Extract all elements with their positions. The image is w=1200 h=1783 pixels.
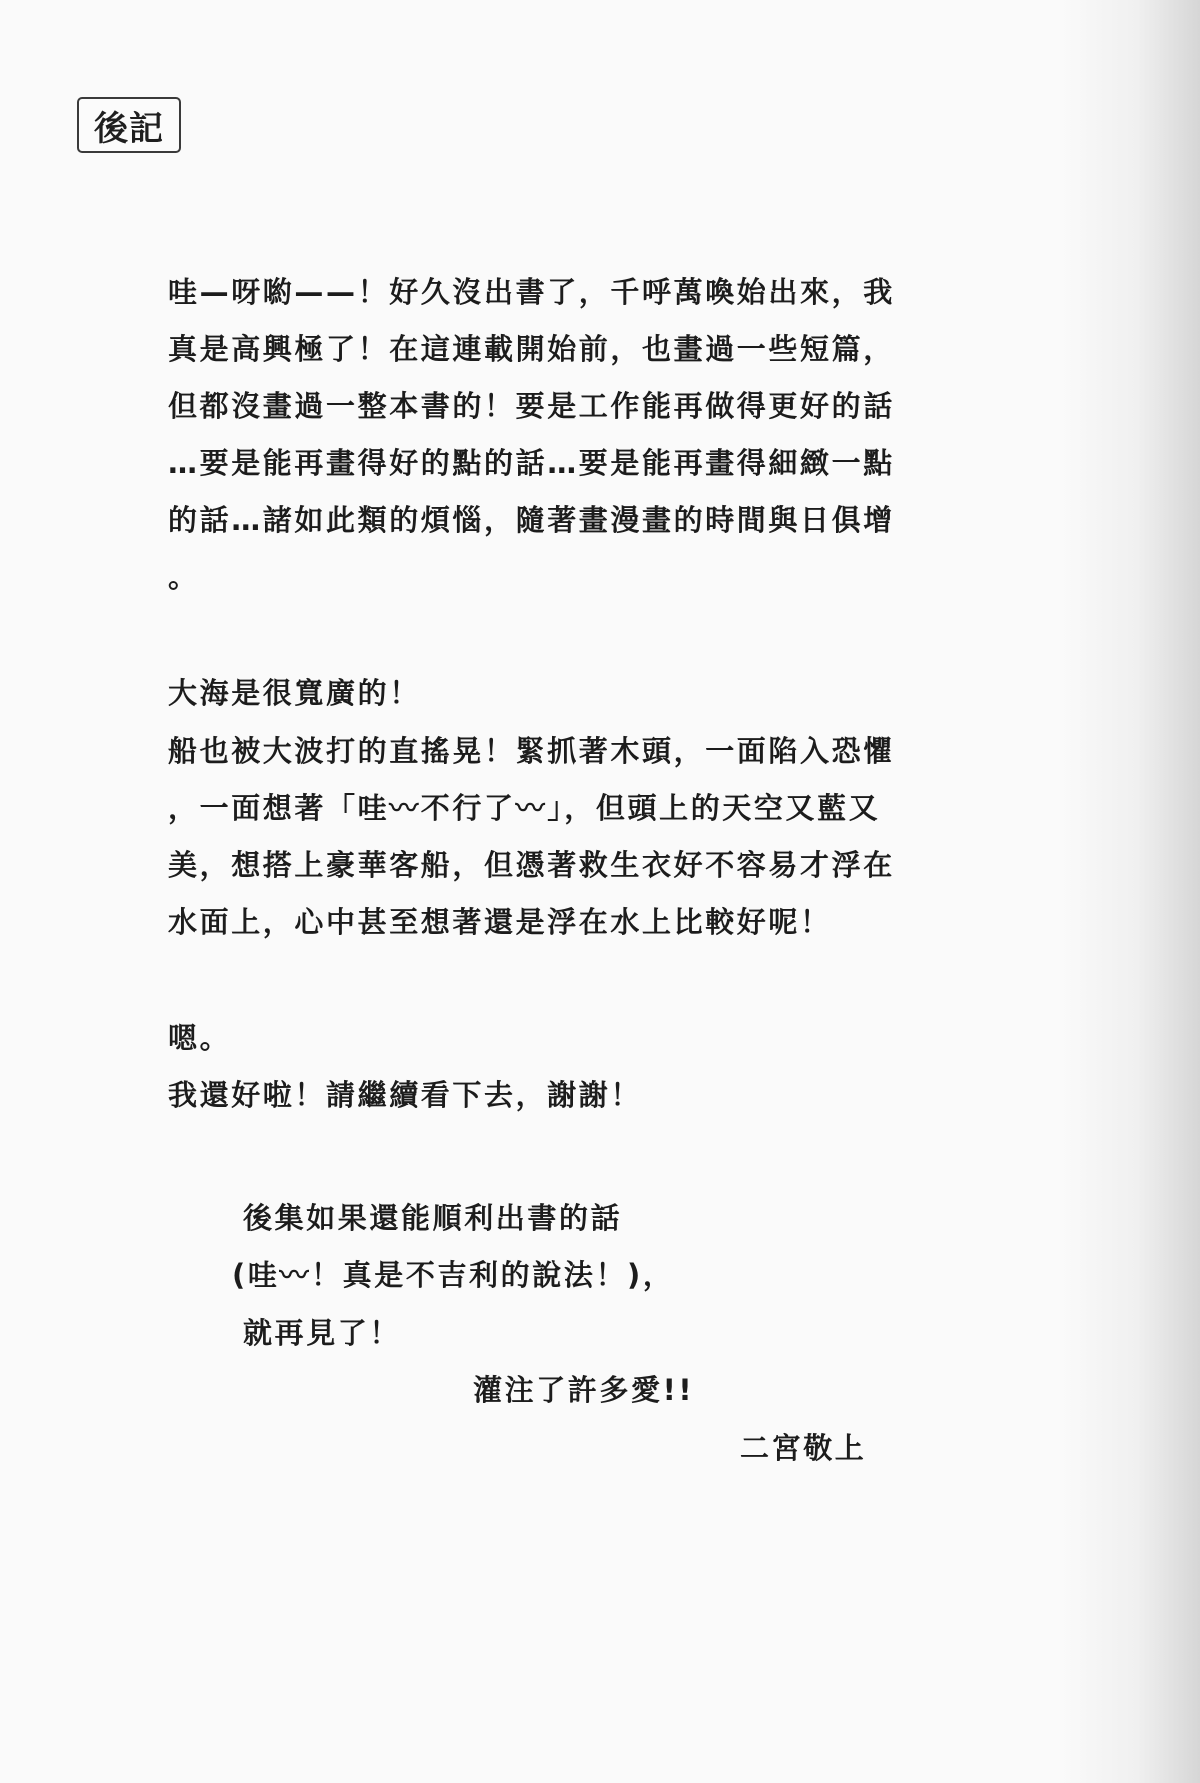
page-edge-shadow [1060, 0, 1200, 1783]
text-line: 嗯。 [168, 1018, 231, 1058]
text-line: 的話…諸如此類的煩惱，隨著畫漫畫的時間與日俱增 [168, 500, 895, 540]
closing-line: 灌注了許多愛!! [473, 1370, 694, 1410]
page-title: 後記 [77, 97, 181, 153]
signature: 二宮敬上 [740, 1428, 866, 1468]
text-line: 但都沒畫過一整本書的！要是工作能再做得更好的話 [168, 386, 895, 426]
text-line: 後集如果還能順利出書的話 [243, 1198, 622, 1238]
text-line: ，一面想著「哇〰不行了〰」，但頭上的天空又藍又 [168, 788, 880, 828]
text-line: 船也被大波打的直搖晃！緊抓著木頭，一面陷入恐懼 [168, 731, 895, 771]
text-line: 就再見了！ [243, 1313, 401, 1353]
text-line: 我還好啦！請繼續看下去，謝謝！ [168, 1075, 642, 1115]
text-line: 大海是很寬廣的！ [168, 673, 421, 713]
text-line: 哇—呀喲——！好久沒出書了，千呼萬喚始出來，我 [168, 272, 895, 312]
text-line: (哇〰！真是不吉利的說法！)， [232, 1255, 675, 1295]
text-line: 美，想搭上豪華客船，但憑著救生衣好不容易才浮在 [168, 845, 895, 885]
text-line: 。 [168, 557, 200, 597]
text-line: …要是能再畫得好的點的話…要是能再畫得細緻一點 [168, 443, 895, 483]
text-line: 水面上，心中甚至想著還是浮在水上比較好呢！ [168, 902, 832, 942]
text-line: 真是高興極了！在這連載開始前，也畫過一些短篇， [168, 329, 895, 369]
